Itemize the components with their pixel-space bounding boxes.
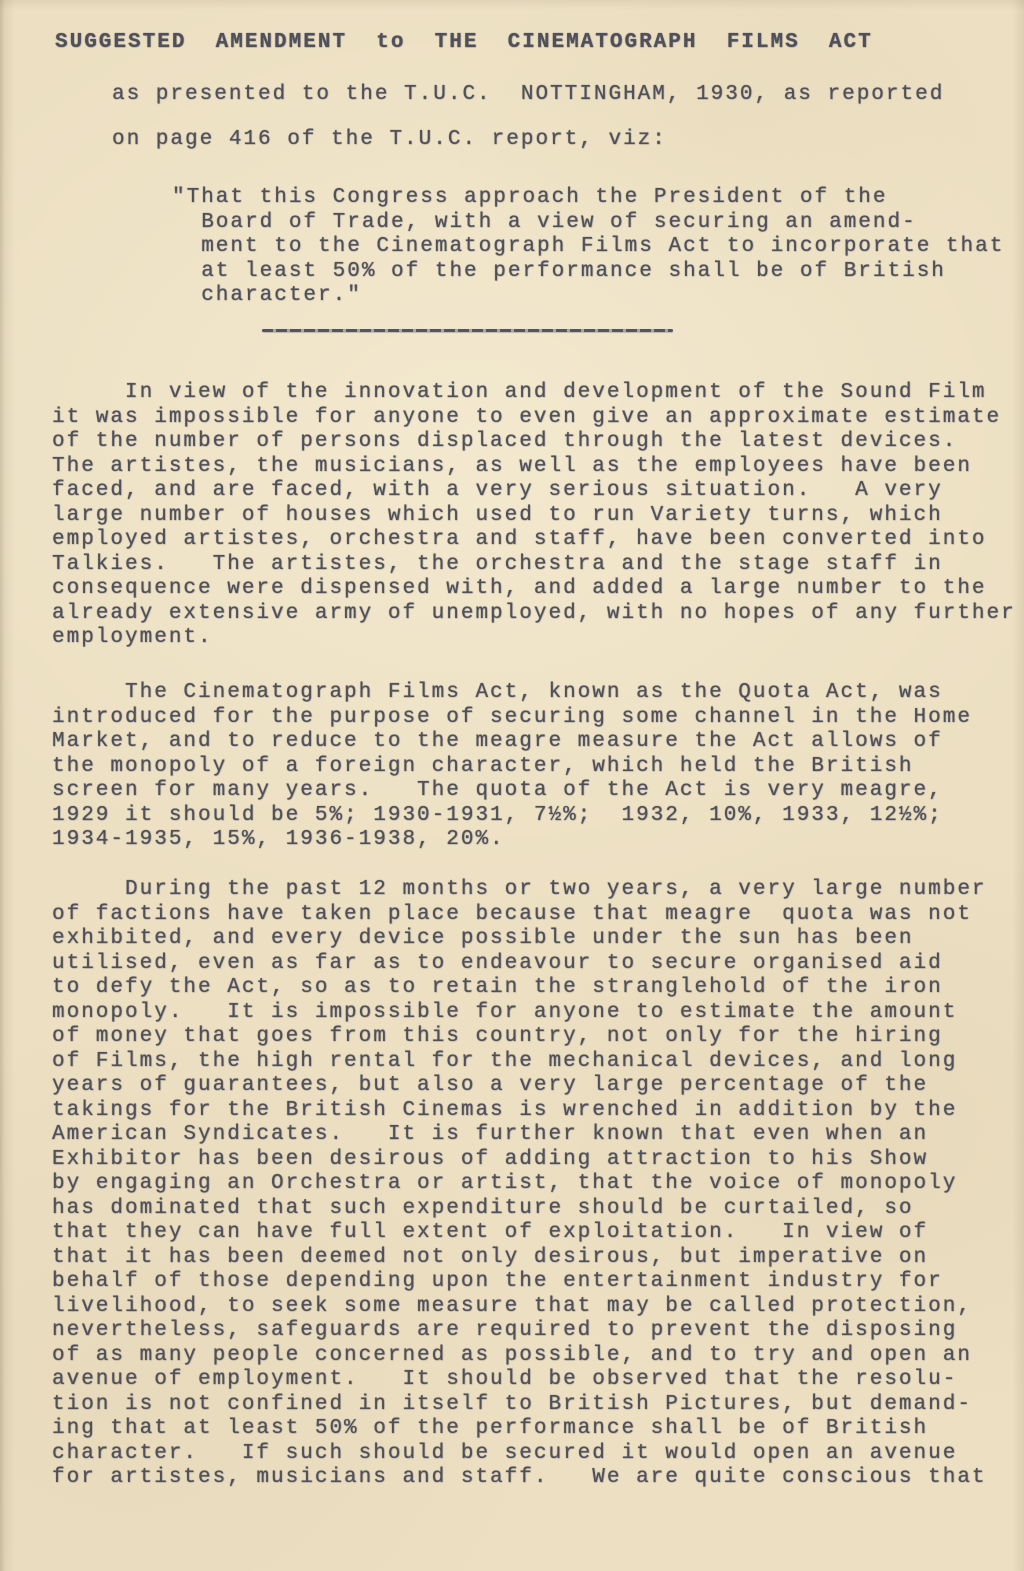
document-title: SUGGESTED AMENDMENT to THE CINEMATOGRAPH… [55, 31, 873, 56]
typed-divider-rule [262, 329, 673, 332]
paragraph-quota-act: The Cinematograph Films Act, known as th… [52, 681, 972, 853]
paragraph-past-12-months: During the past 12 months or two years, … [52, 878, 987, 1491]
document-subtitle-line1: as presented to the T.U.C. NOTTINGHAM, 1… [112, 83, 944, 108]
document-subtitle-line2: on page 416 of the T.U.C. report, viz: [112, 128, 667, 153]
paragraph-sound-film: In view of the innovation and developmen… [52, 381, 1016, 651]
document-page: SUGGESTED AMENDMENT to THE CINEMATOGRAPH… [0, 0, 1024, 1571]
resolution-quote: "That this Congress approach the Preside… [172, 186, 1004, 309]
